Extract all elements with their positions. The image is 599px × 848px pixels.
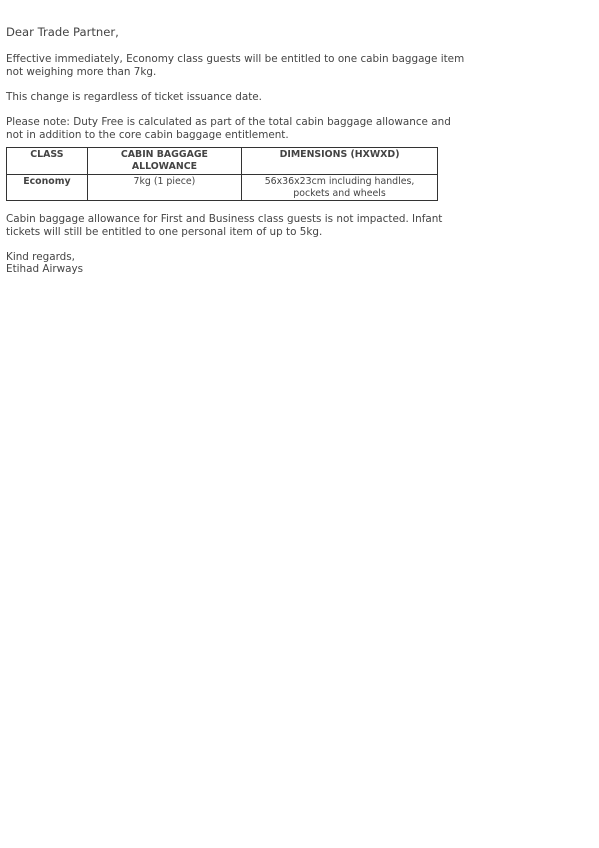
letter-body: Dear Trade Partner, Effective immediatel… (6, 25, 466, 276)
baggage-allowance-table: CLASS CABIN BAGGAGE ALLOWANCE DIMENSIONS… (6, 147, 438, 201)
cell-class: Economy (7, 174, 88, 200)
table-header-row: CLASS CABIN BAGGAGE ALLOWANCE DIMENSIONS… (7, 148, 438, 174)
signoff: Kind regards, (6, 251, 466, 264)
paragraph-duty-free: Please note: Duty Free is calculated as … (6, 116, 466, 141)
paragraph-effective: Effective immediately, Economy class gue… (6, 53, 466, 78)
paragraph-issuance: This change is regardless of ticket issu… (6, 91, 466, 104)
greeting: Dear Trade Partner, (6, 25, 466, 39)
paragraph-first-business: Cabin baggage allowance for First and Bu… (6, 213, 466, 238)
header-cabin-baggage-allowance: CABIN BAGGAGE ALLOWANCE (87, 148, 241, 174)
signature: Etihad Airways (6, 263, 466, 276)
table-row: Economy 7kg (1 piece) 56x36x23cm includi… (7, 174, 438, 200)
header-dimensions: DIMENSIONS (HXWXD) (242, 148, 438, 174)
cell-dimensions: 56x36x23cm including handles, pockets an… (242, 174, 438, 200)
header-class: CLASS (7, 148, 88, 174)
cell-allowance: 7kg (1 piece) (87, 174, 241, 200)
